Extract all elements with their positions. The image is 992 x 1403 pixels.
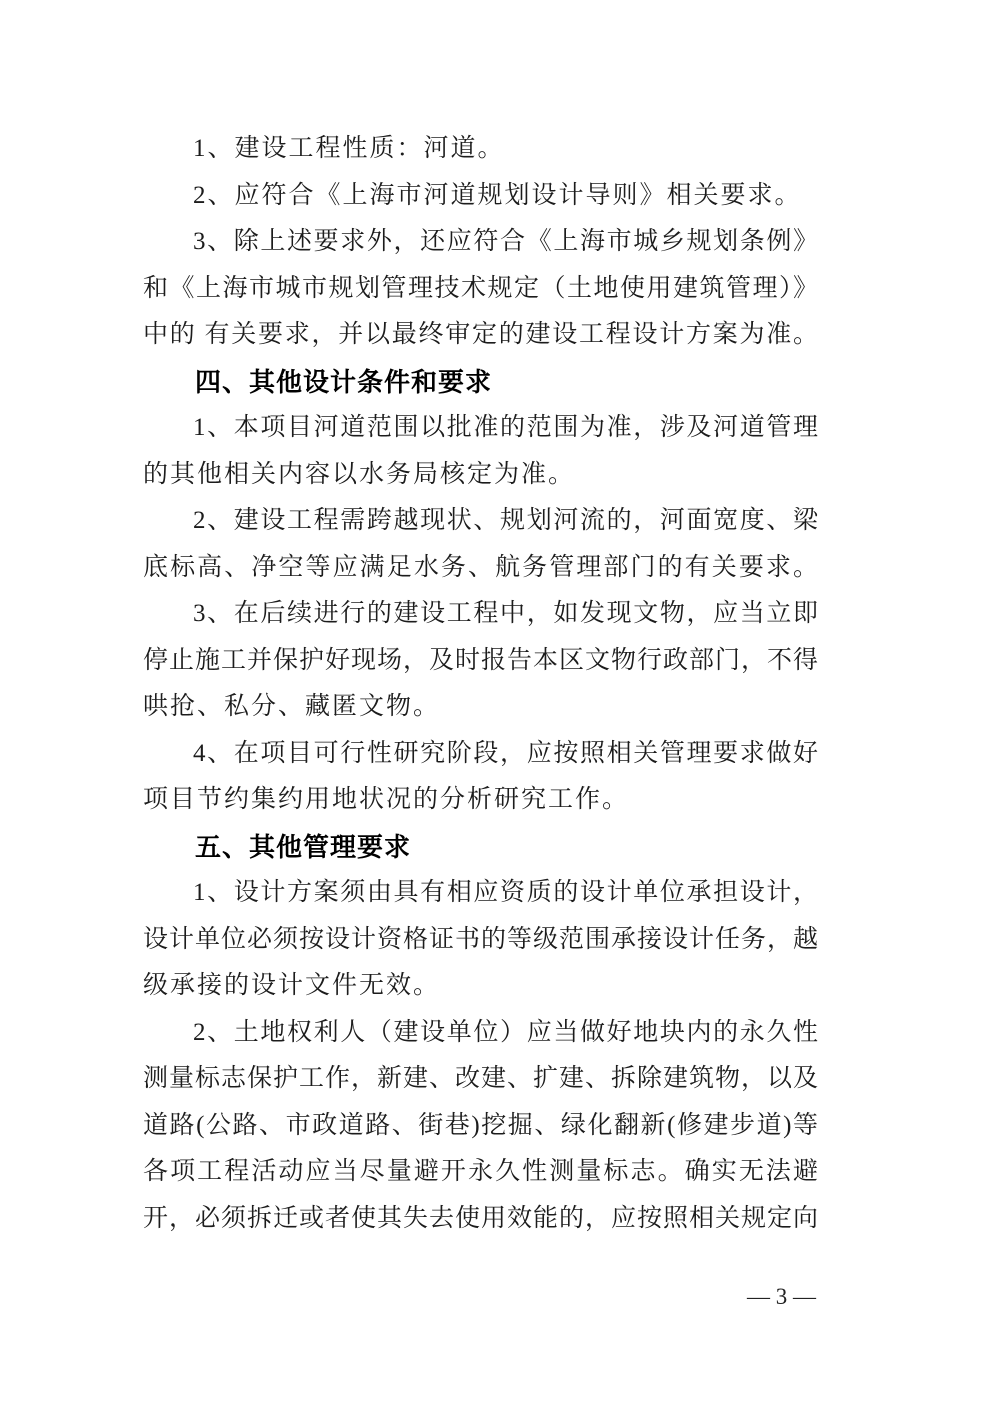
text-line: 的其他相关内容以水务局核定为准。 [143, 452, 818, 499]
document-body: 1、建设工程性质：河道。2、应符合《上海市河道规划设计导则》相关要求。3、除上述… [143, 126, 818, 1242]
text-line: 设计单位必须按设计资格证书的等级范围承接设计任务，越 [143, 917, 818, 964]
text-line: 1、设计方案须由具有相应资质的设计单位承担设计， [143, 870, 818, 917]
text-line: 测量标志保护工作，新建、改建、扩建、拆除建筑物，以及 [143, 1056, 818, 1103]
text-line: 底标高、净空等应满足水务、航务管理部门的有关要求。 [143, 545, 818, 592]
text-line: 和《上海市城市规划管理技术规定（土地使用建筑管理）》 [143, 266, 818, 313]
text-line: 停止施工并保护好现场，及时报告本区文物行政部门，不得 [143, 638, 818, 685]
text-line: 4、在项目可行性研究阶段，应按照相关管理要求做好 [143, 731, 818, 778]
text-line: 2、建设工程需跨越现状、规划河流的，河面宽度、梁 [143, 498, 818, 545]
document-page: 1、建设工程性质：河道。2、应符合《上海市河道规划设计导则》相关要求。3、除上述… [0, 0, 992, 1403]
section-heading: 五、其他管理要求 [143, 824, 818, 871]
text-line: 中的 有关要求，并以最终审定的建设工程设计方案为准。 [143, 312, 818, 359]
text-line: 各项工程活动应当尽量避开永久性测量标志。确实无法避 [143, 1149, 818, 1196]
text-line: 2、应符合《上海市河道规划设计导则》相关要求。 [143, 173, 818, 220]
text-line: 1、本项目河道范围以批准的范围为准，涉及河道管理 [143, 405, 818, 452]
text-line: 2、土地权利人（建设单位）应当做好地块内的永久性 [143, 1010, 818, 1057]
text-line: 级承接的设计文件无效。 [143, 963, 818, 1010]
section-heading: 四、其他设计条件和要求 [143, 359, 818, 406]
text-line: 道路(公路、市政道路、街巷)挖掘、绿化翻新(修建步道)等 [143, 1103, 818, 1150]
text-line: 项目节约集约用地状况的分析研究工作。 [143, 777, 818, 824]
text-line: 1、建设工程性质：河道。 [143, 126, 818, 173]
text-line: 3、在后续进行的建设工程中，如发现文物，应当立即 [143, 591, 818, 638]
page-number: — 3 — [747, 1282, 816, 1312]
text-line: 哄抢、私分、藏匿文物。 [143, 684, 818, 731]
text-line: 3、除上述要求外，还应符合《上海市城乡规划条例》 [143, 219, 818, 266]
text-line: 开，必须拆迁或者使其失去使用效能的，应按照相关规定向 [143, 1196, 818, 1243]
